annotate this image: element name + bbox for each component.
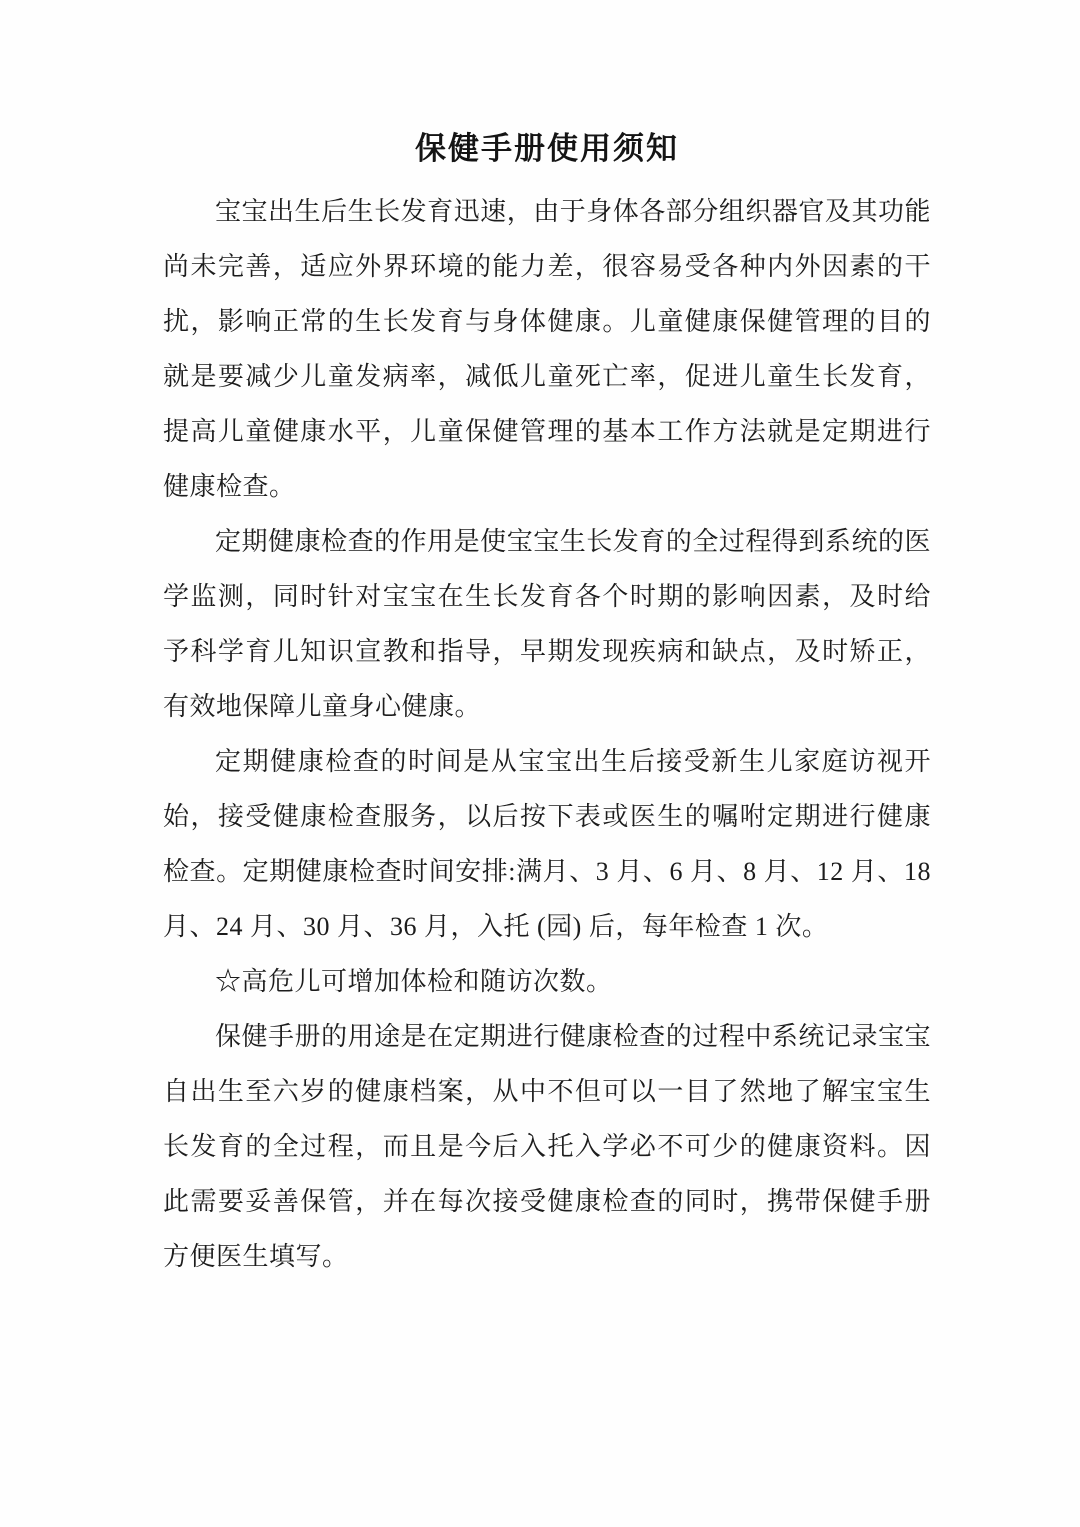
document-content: 保健手册使用须知 宝宝出生后生长发育迅速，由于身体各部分组织器官及其功能尚未完善… — [163, 128, 931, 1284]
paragraph-high-risk-note: ☆高危儿可增加体检和随访次数。 — [163, 954, 931, 1009]
document-title: 保健手册使用须知 — [163, 128, 931, 170]
paragraph-intro: 宝宝出生后生长发育迅速，由于身体各部分组织器官及其功能尚未完善，适应外界环境的能… — [163, 184, 931, 514]
paragraph-manual-usage: 保健手册的用途是在定期进行健康检查的过程中系统记录宝宝自出生至六岁的健康档案，从… — [163, 1009, 931, 1284]
document-page: 保健手册使用须知 宝宝出生后生长发育迅速，由于身体各部分组织器官及其功能尚未完善… — [0, 0, 1080, 1527]
paragraph-checkup-purpose: 定期健康检查的作用是使宝宝生长发育的全过程得到系统的医学监测，同时针对宝宝在生长… — [163, 514, 931, 734]
paragraph-checkup-schedule: 定期健康检查的时间是从宝宝出生后接受新生儿家庭访视开始，接受健康检查服务，以后按… — [163, 734, 931, 954]
document-body: 宝宝出生后生长发育迅速，由于身体各部分组织器官及其功能尚未完善，适应外界环境的能… — [163, 184, 931, 1284]
